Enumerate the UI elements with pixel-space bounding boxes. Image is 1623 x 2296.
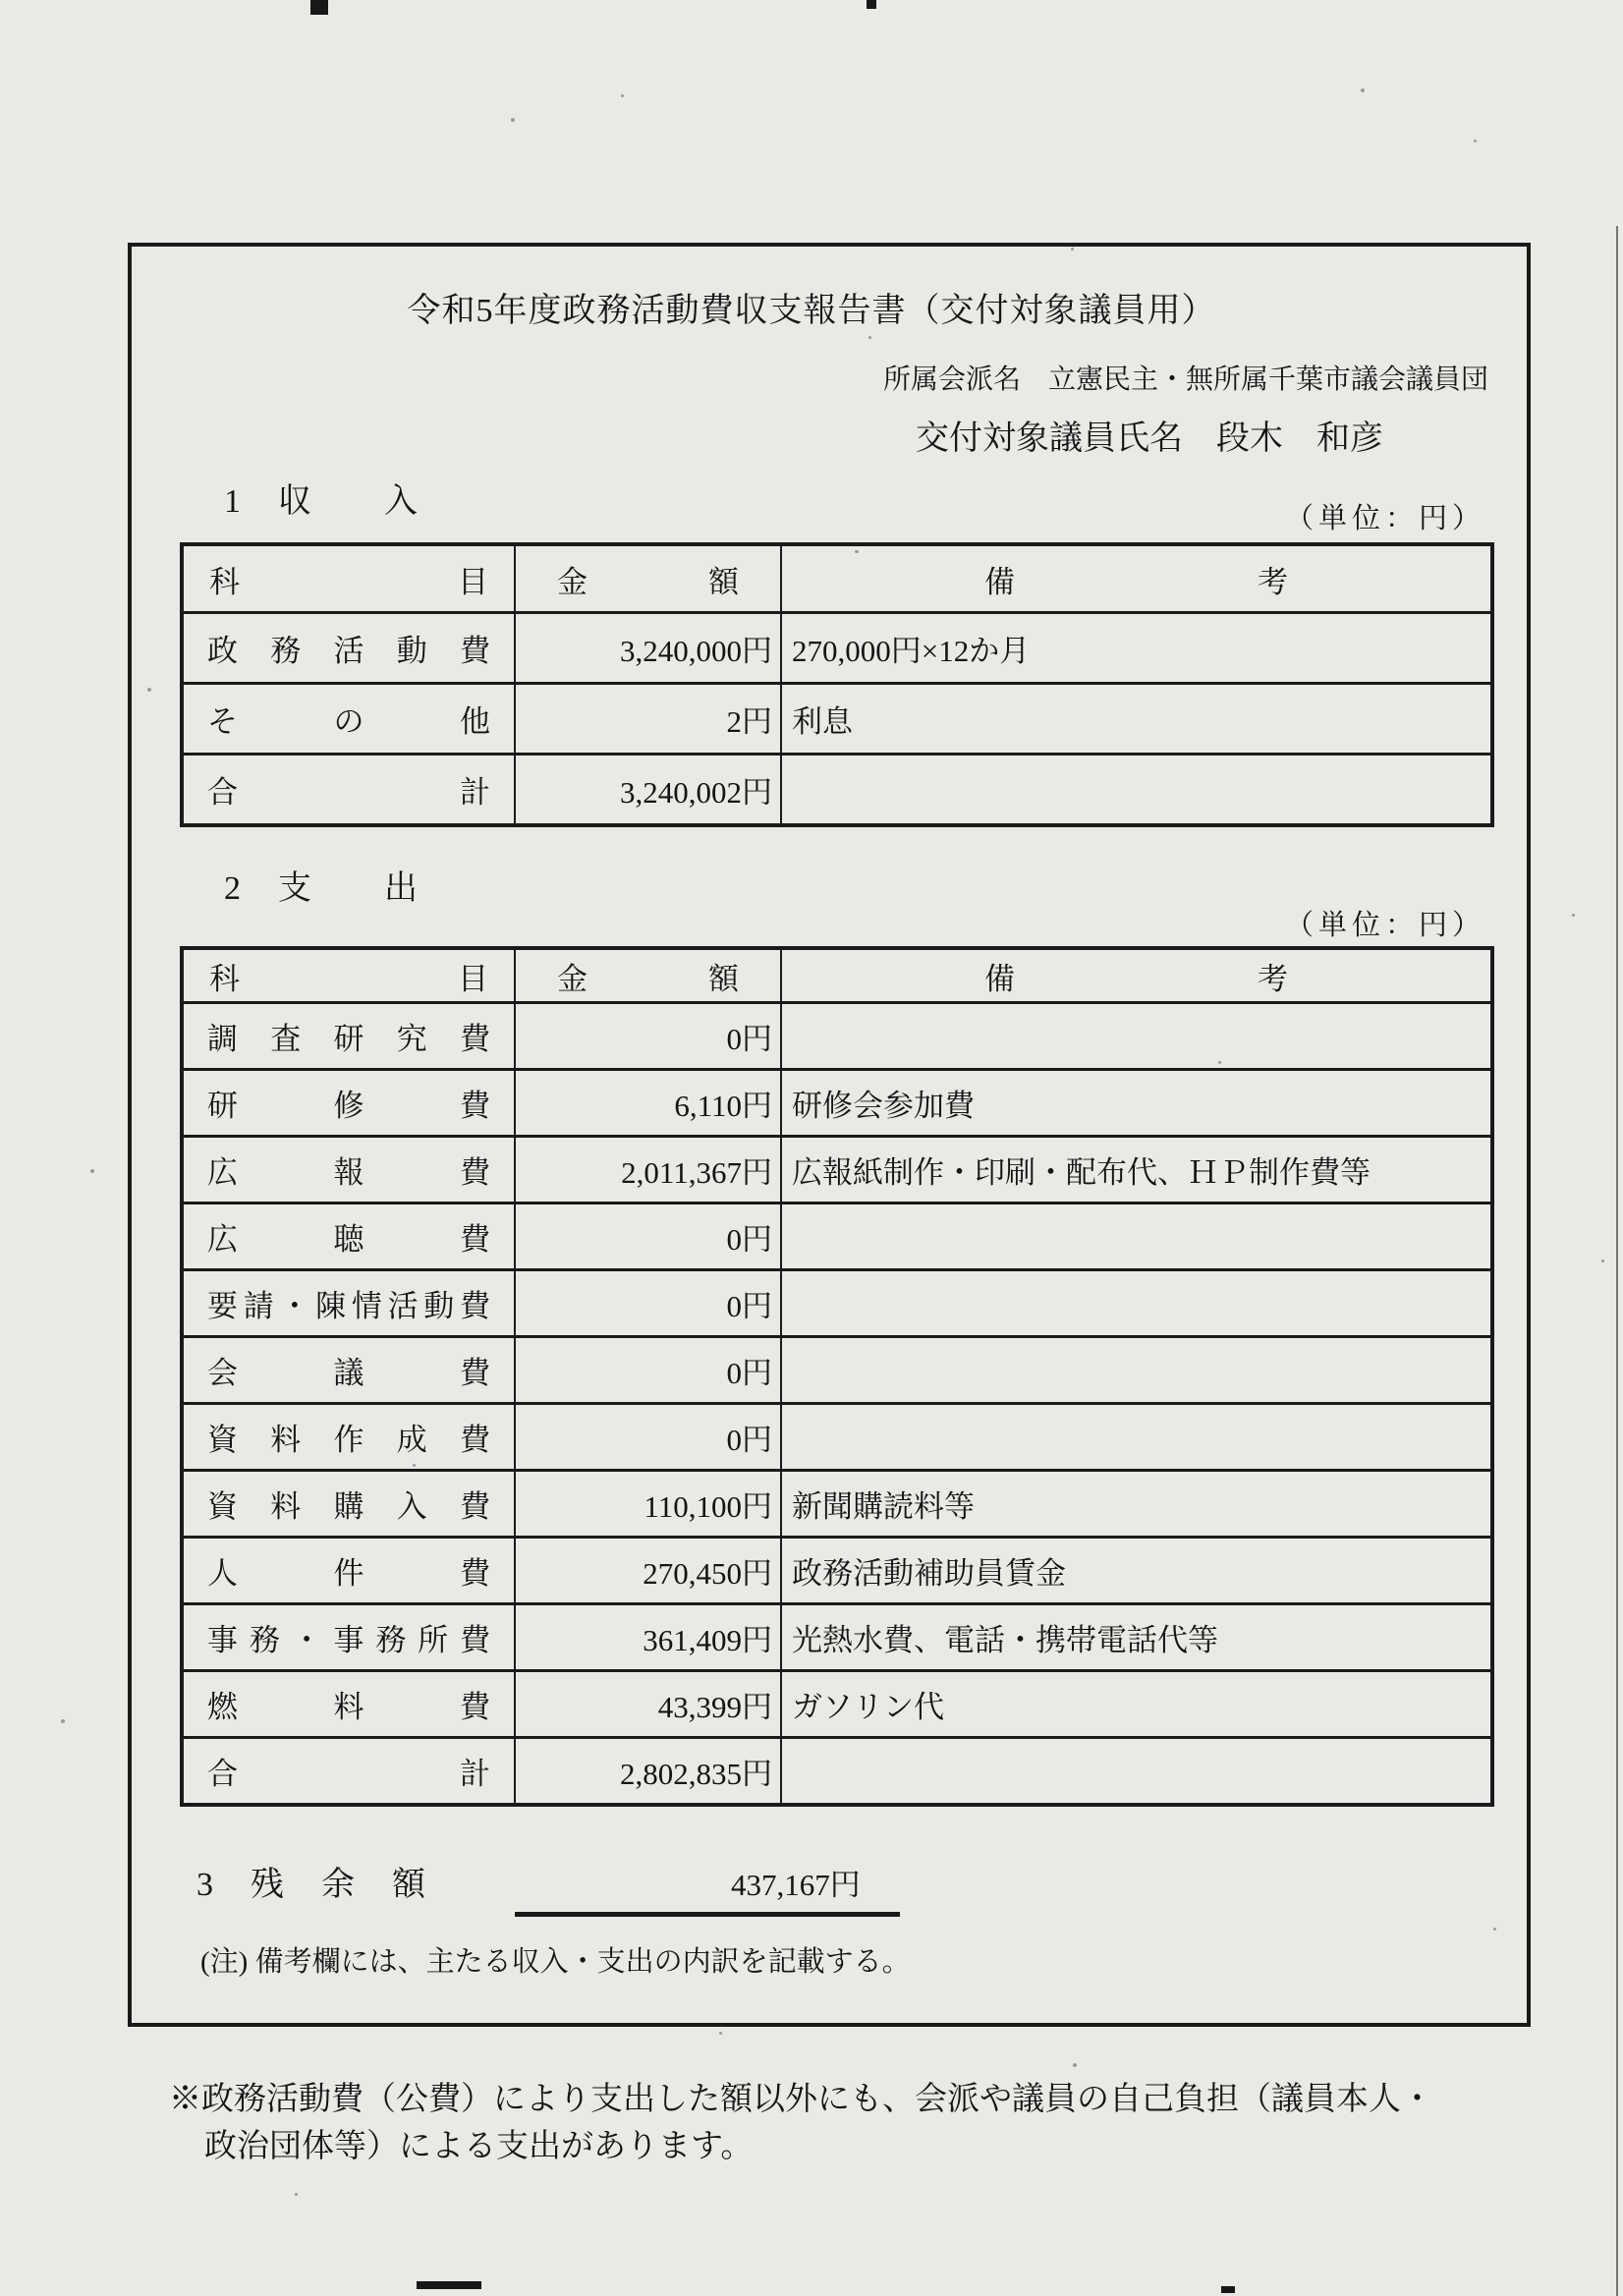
expense-row: 調 査 研 究 費 0円 bbox=[182, 1003, 1492, 1070]
expense-row: 会 議 費 0円 bbox=[182, 1337, 1492, 1404]
amount-cell: 6,110円 bbox=[515, 1070, 781, 1137]
balance-amount: 437,167円 bbox=[731, 1860, 861, 1904]
income-unit-note: （単位：円） bbox=[1285, 496, 1485, 536]
amount-cell: 2円 bbox=[515, 684, 781, 755]
amount-cell: 3,240,000円 bbox=[515, 613, 781, 684]
member-name-line: 交付対象議員氏名 段木 和彦 bbox=[916, 411, 1383, 459]
item-cell: 広 報 費 bbox=[182, 1137, 515, 1204]
income-section-heading: 1 収 入 bbox=[224, 474, 420, 522]
document-title: 令和5年度政務活動費収支報告書（交付対象議員用） bbox=[0, 283, 1623, 331]
income-table: 科 目 金 額 備 考 政 務 活 動 費 3,240,000円 270,000… bbox=[180, 542, 1494, 827]
note-cell bbox=[781, 1337, 1492, 1404]
remarks-note: (注) 備考欄には、主たる収入・支出の内訳を記載する。 bbox=[200, 1939, 911, 1980]
scanned-report-page: 令和5年度政務活動費収支報告書（交付対象議員用） 所属会派名 立憲民主・無所属千… bbox=[0, 0, 1623, 2296]
expense-row: 広 聴 費 0円 bbox=[182, 1204, 1492, 1270]
footnote-line-2: 政治団体等）による支出があります。 bbox=[204, 2120, 753, 2166]
note-cell: 光熱水費、電話・携帯電話代等 bbox=[781, 1604, 1492, 1671]
note-cell bbox=[781, 1270, 1492, 1337]
expense-total-row: 合 計 2,802,835円 bbox=[182, 1738, 1492, 1806]
income-row: 政 務 活 動 費 3,240,000円 270,000円×12か月 bbox=[182, 613, 1492, 684]
item-cell: 人 件 費 bbox=[182, 1538, 515, 1604]
item-cell: 研 修 費 bbox=[182, 1070, 515, 1137]
item-cell: 要請・陳情活動費 bbox=[182, 1270, 515, 1337]
note-cell bbox=[781, 1738, 1492, 1806]
expense-table: 科 目 金 額 備 考 調 査 研 究 費 0円 研 修 費 6,110円 研修… bbox=[180, 946, 1494, 1807]
income-row: そ の 他 2円 利息 bbox=[182, 684, 1492, 755]
amount-cell: 0円 bbox=[515, 1204, 781, 1270]
income-header-note: 備 考 bbox=[781, 544, 1492, 613]
income-total-row: 合 計 3,240,002円 bbox=[182, 755, 1492, 826]
item-cell: 資 料 作 成 費 bbox=[182, 1404, 515, 1471]
item-cell: 燃 料 費 bbox=[182, 1671, 515, 1738]
amount-cell: 3,240,002円 bbox=[515, 755, 781, 826]
item-cell: 政 務 活 動 費 bbox=[182, 613, 515, 684]
note-cell: 政務活動補助員賃金 bbox=[781, 1538, 1492, 1604]
note-cell: 270,000円×12か月 bbox=[781, 613, 1492, 684]
item-cell: 事務・事務所費 bbox=[182, 1604, 515, 1671]
expense-row: 要請・陳情活動費 0円 bbox=[182, 1270, 1492, 1337]
note-cell: 広報紙制作・印刷・配布代、ＨＰ制作費等 bbox=[781, 1137, 1492, 1204]
income-header-item: 科 目 bbox=[182, 544, 515, 613]
item-cell: 合 計 bbox=[182, 1738, 515, 1806]
expense-row: 人 件 費 270,450円 政務活動補助員賃金 bbox=[182, 1538, 1492, 1604]
faction-name-line: 所属会派名 立憲民主・無所属千葉市議会議員団 bbox=[883, 358, 1488, 397]
balance-underline bbox=[515, 1912, 900, 1917]
amount-cell: 110,100円 bbox=[515, 1471, 781, 1538]
expense-section-heading: 2 支 出 bbox=[224, 861, 420, 909]
income-header-row: 科 目 金 額 備 考 bbox=[182, 544, 1492, 613]
amount-cell: 43,399円 bbox=[515, 1671, 781, 1738]
expense-row: 研 修 費 6,110円 研修会参加費 bbox=[182, 1070, 1492, 1137]
expense-row: 資 料 作 成 費 0円 bbox=[182, 1404, 1492, 1471]
note-cell: 新聞購読料等 bbox=[781, 1471, 1492, 1538]
item-cell: 会 議 費 bbox=[182, 1337, 515, 1404]
amount-cell: 0円 bbox=[515, 1003, 781, 1070]
item-cell: 調 査 研 究 費 bbox=[182, 1003, 515, 1070]
item-cell: 広 聴 費 bbox=[182, 1204, 515, 1270]
item-cell: そ の 他 bbox=[182, 684, 515, 755]
note-cell bbox=[781, 1404, 1492, 1471]
expense-header-note: 備 考 bbox=[781, 948, 1492, 1003]
balance-section-heading: 3 残 余 額 bbox=[196, 1857, 427, 1905]
amount-cell: 270,450円 bbox=[515, 1538, 781, 1604]
expense-header-amount: 金 額 bbox=[515, 948, 781, 1003]
expense-row: 燃 料 費 43,399円 ガソリン代 bbox=[182, 1671, 1492, 1738]
expense-unit-note: （単位：円） bbox=[1285, 903, 1485, 943]
note-cell bbox=[781, 755, 1492, 826]
note-cell: 研修会参加費 bbox=[781, 1070, 1492, 1137]
expense-row: 資 料 購 入 費 110,100円 新聞購読料等 bbox=[182, 1471, 1492, 1538]
note-cell bbox=[781, 1204, 1492, 1270]
expense-header-row: 科 目 金 額 備 考 bbox=[182, 948, 1492, 1003]
income-header-amount: 金 額 bbox=[515, 544, 781, 613]
amount-cell: 2,011,367円 bbox=[515, 1137, 781, 1204]
note-cell: 利息 bbox=[781, 684, 1492, 755]
expense-row: 広 報 費 2,011,367円 広報紙制作・印刷・配布代、ＨＰ制作費等 bbox=[182, 1137, 1492, 1204]
amount-cell: 0円 bbox=[515, 1270, 781, 1337]
amount-cell: 361,409円 bbox=[515, 1604, 781, 1671]
amount-cell: 0円 bbox=[515, 1404, 781, 1471]
note-cell: ガソリン代 bbox=[781, 1671, 1492, 1738]
amount-cell: 0円 bbox=[515, 1337, 781, 1404]
item-cell: 資 料 購 入 費 bbox=[182, 1471, 515, 1538]
expense-row: 事務・事務所費 361,409円 光熱水費、電話・携帯電話代等 bbox=[182, 1604, 1492, 1671]
item-cell: 合 計 bbox=[182, 755, 515, 826]
note-cell bbox=[781, 1003, 1492, 1070]
amount-cell: 2,802,835円 bbox=[515, 1738, 781, 1806]
expense-header-item: 科 目 bbox=[182, 948, 515, 1003]
footnote-line-1: ※政務活動費（公費）により支出した額以外にも、会派や議員の自己負担（議員本人・ bbox=[169, 2073, 1433, 2119]
